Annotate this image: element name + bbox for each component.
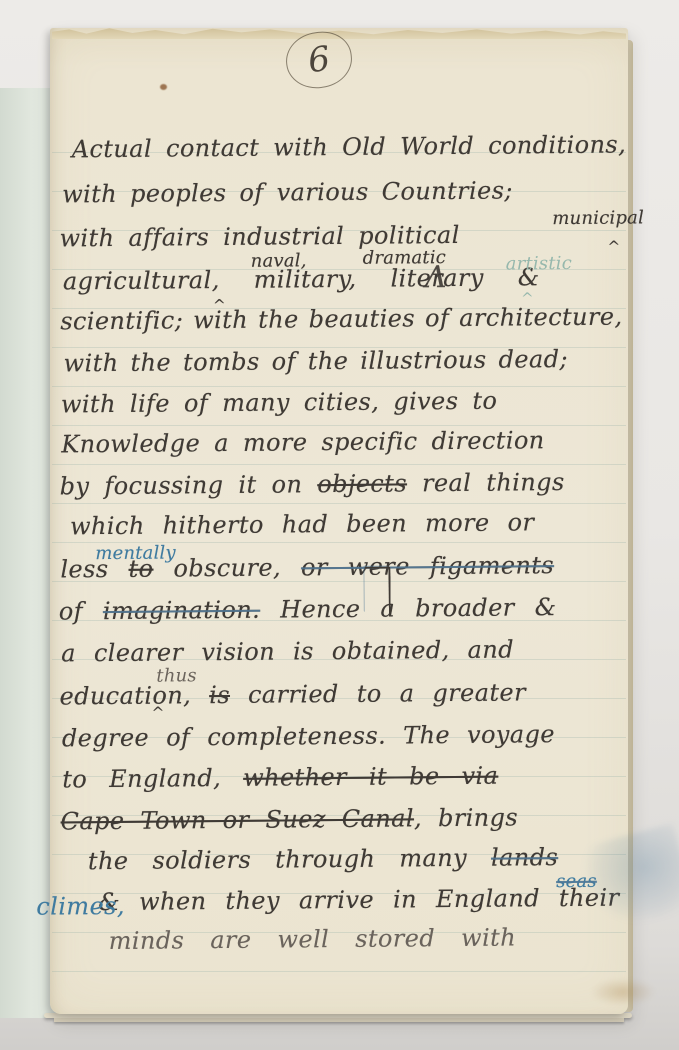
insertion-municipal: municipal: [552, 207, 644, 229]
handwritten-line: Knowledge a more specific direction: [61, 426, 545, 458]
handwritten-line: degree of completeness. The voyage: [62, 720, 555, 752]
manuscript-lines: Actual contact with Old World conditions…: [46, 25, 633, 1016]
word-segment: by focussing it on: [60, 470, 318, 500]
struck-phrase: or were figaments: [301, 551, 554, 581]
word-segment: real things: [407, 468, 565, 497]
word-segment: which hitherto had been more or: [70, 508, 535, 540]
handwritten-line: a clearer vision is obtained, and: [61, 635, 514, 667]
struck-word: lands: [491, 843, 558, 872]
handwritten-line: minds are well stored with: [109, 923, 517, 955]
word-segment: scientific; with the beauties of archite…: [60, 303, 622, 336]
handwritten-line: the soldiers through many landsseas: [88, 843, 558, 875]
handwritten-line: with the tombs of the illustrious dead;: [63, 345, 568, 377]
word-segment: of: [59, 597, 103, 625]
insertion-bracket-mark: [364, 567, 390, 615]
insertion-climes: climes,: [36, 892, 125, 921]
word-segment: with life of many cities, gives to: [61, 387, 498, 419]
struck-phrase: whether it be via: [243, 762, 498, 792]
word-segment: carried to a greater: [230, 678, 526, 709]
handwritten-line: Actual contact with Old World conditions…: [72, 130, 627, 163]
word-segment: , brings: [414, 803, 518, 832]
word-segment: to England,: [62, 764, 243, 794]
handwritten-line: agricultural, military, literary &naval,…: [63, 263, 540, 295]
handwritten-line: of imagination. Hence a broader &: [59, 593, 557, 625]
word-segment: the soldiers through many: [88, 844, 491, 876]
handwritten-line: to England, whether it be via: [62, 762, 498, 794]
word-segment: minds are well stored with: [109, 923, 517, 955]
word-segment: with the tombs of the illustrious dead;: [63, 345, 568, 377]
struck-word: is: [209, 681, 230, 709]
handwritten-line: Cape Town or Suez Canal, brings: [60, 803, 518, 835]
word-segment: & when they arrive in England their: [98, 884, 619, 917]
stacked-page-edge: [54, 1018, 624, 1022]
struck-word: objects: [317, 469, 407, 498]
word-segment: Knowledge a more specific direction: [61, 426, 545, 458]
insertion-artistic: artistic: [506, 253, 572, 275]
word-segment: Actual contact with Old World conditions…: [72, 130, 627, 163]
handwritten-line: education, thusis carried to a greater^: [59, 678, 526, 710]
insertion-thus: thus: [156, 665, 197, 686]
handwritten-line: scientific; with the beauties of archite…: [60, 303, 622, 336]
handwritten-line: less to obscure, or were figamentsmental…: [60, 551, 554, 583]
insertion-naval: naval,: [251, 250, 307, 271]
insertion-mentally: mentally: [95, 542, 176, 564]
manuscript-page: 6 Actual contact with Old World conditio…: [50, 28, 628, 1014]
connector-mark: Λ: [425, 260, 447, 295]
handwritten-line: with life of many cities, gives to: [61, 387, 498, 419]
caret-mark: ^: [152, 704, 165, 722]
word-segment: with peoples of various Countries;: [62, 176, 513, 208]
struck-word: imagination.: [103, 596, 260, 625]
struck-phrase: Cape Town or Suez Canal: [60, 804, 414, 835]
photograph-of-manuscript: 6 Actual contact with Old World conditio…: [0, 0, 679, 1050]
caret-mark: ^: [608, 238, 621, 256]
handwritten-line: with peoples of various Countries;: [62, 176, 513, 208]
word-segment: Hence a broader &: [260, 593, 556, 624]
handwritten-line: climes,& when they arrive in England the…: [98, 884, 619, 917]
handwritten-line: which hitherto had been more or: [70, 508, 535, 540]
handwritten-line: by focussing it on objects real things: [60, 468, 565, 500]
word-segment: a clearer vision is obtained, and: [61, 635, 514, 667]
word-segment: degree of completeness. The voyage: [62, 720, 555, 752]
